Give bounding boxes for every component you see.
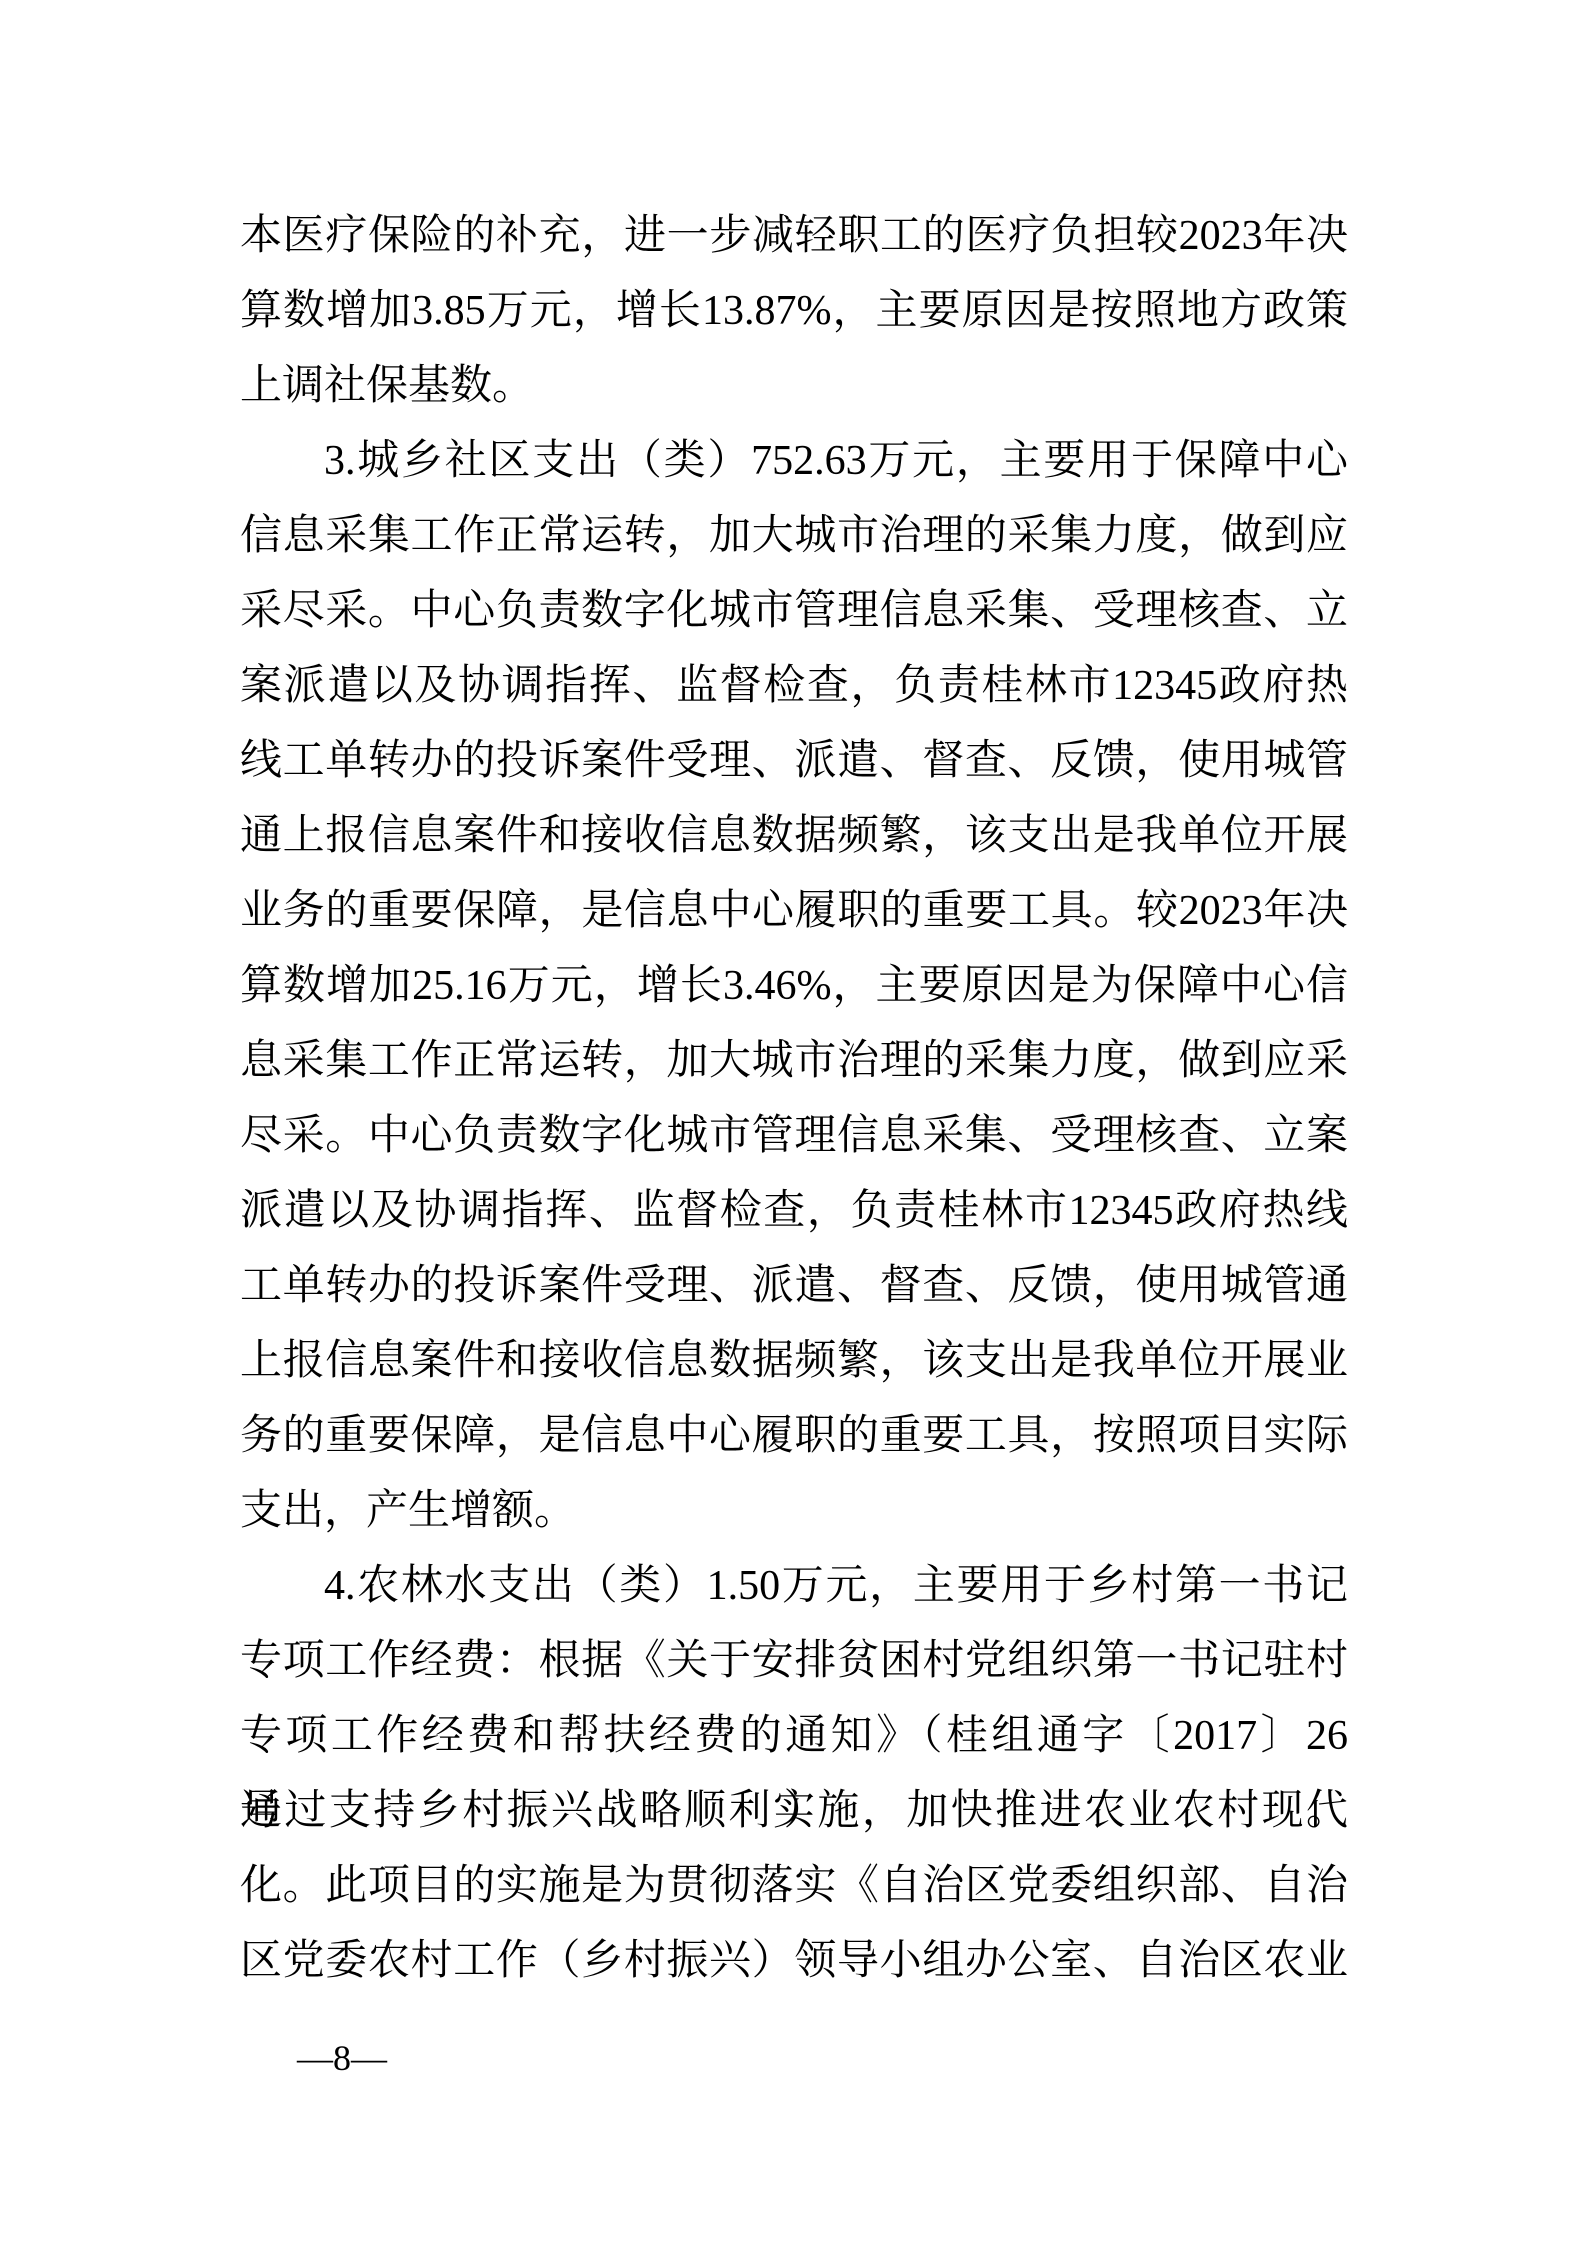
- text-line: 3.城乡社区支出（类）752.63万元，主要用于保障中心: [240, 424, 1348, 499]
- text-line: 专项工作经费和帮扶经费的通知》（桂组通字〔2017〕26号）。: [240, 1699, 1348, 1774]
- text-line: 算数增加25.16万元，增长3.46%，主要原因是为保障中心信: [240, 949, 1348, 1024]
- paragraph: 3.城乡社区支出（类）752.63万元，主要用于保障中心信息采集工作正常运转，加…: [240, 424, 1348, 1549]
- text-line: 上调社保基数。: [240, 349, 1348, 424]
- text-line: 区党委农村工作（乡村振兴）领导小组办公室、自治区农业: [240, 1924, 1348, 1999]
- document-page: 本医疗保险的补充，进一步减轻职工的医疗负担较2023年决算数增加3.85万元，增…: [0, 0, 1587, 2245]
- text-line: 上报信息案件和接收信息数据频繁，该支出是我单位开展业: [240, 1324, 1348, 1399]
- text-line: 信息采集工作正常运转，加大城市治理的采集力度，做到应: [240, 499, 1348, 574]
- text-line: 案派遣以及协调指挥、监督检查，负责桂林市12345政府热: [240, 649, 1348, 724]
- text-line: 专项工作经费：根据《关于安排贫困村党组织第一书记驻村: [240, 1624, 1348, 1699]
- paragraph: 4.农林水支出（类）1.50万元，主要用于乡村第一书记专项工作经费：根据《关于安…: [240, 1549, 1348, 1999]
- document-body: 本医疗保险的补充，进一步减轻职工的医疗负担较2023年决算数增加3.85万元，增…: [240, 199, 1348, 1999]
- text-line: 采尽采。中心负责数字化城市管理信息采集、受理核查、立: [240, 574, 1348, 649]
- text-line: 化。此项目的实施是为贯彻落实《自治区党委组织部、自治: [240, 1849, 1348, 1924]
- text-line: 4.农林水支出（类）1.50万元，主要用于乡村第一书记: [240, 1549, 1348, 1624]
- text-line: 务的重要保障，是信息中心履职的重要工具，按照项目实际: [240, 1399, 1348, 1474]
- text-line: 本医疗保险的补充，进一步减轻职工的医疗负担较2023年决: [240, 199, 1348, 274]
- text-line: 通上报信息案件和接收信息数据频繁，该支出是我单位开展: [240, 799, 1348, 874]
- text-line: 算数增加3.85万元，增长13.87%，主要原因是按照地方政策: [240, 274, 1348, 349]
- text-line: 通过支持乡村振兴战略顺利实施，加快推进农业农村现代: [240, 1774, 1348, 1849]
- text-line: 业务的重要保障，是信息中心履职的重要工具。较2023年决: [240, 874, 1348, 949]
- text-line: 线工单转办的投诉案件受理、派遣、督查、反馈，使用城管: [240, 724, 1348, 799]
- paragraph: 本医疗保险的补充，进一步减轻职工的医疗负担较2023年决算数增加3.85万元，增…: [240, 199, 1348, 424]
- text-line: 尽采。中心负责数字化城市管理信息采集、受理核查、立案: [240, 1099, 1348, 1174]
- text-line: 派遣以及协调指挥、监督检查，负责桂林市12345政府热线: [240, 1174, 1348, 1249]
- text-line: 支出，产生增额。: [240, 1474, 1348, 1549]
- text-line: 息采集工作正常运转，加大城市治理的采集力度，做到应采: [240, 1024, 1348, 1099]
- text-line: 工单转办的投诉案件受理、派遣、督查、反馈，使用城管通: [240, 1249, 1348, 1324]
- page-number: —8—: [297, 2040, 387, 2076]
